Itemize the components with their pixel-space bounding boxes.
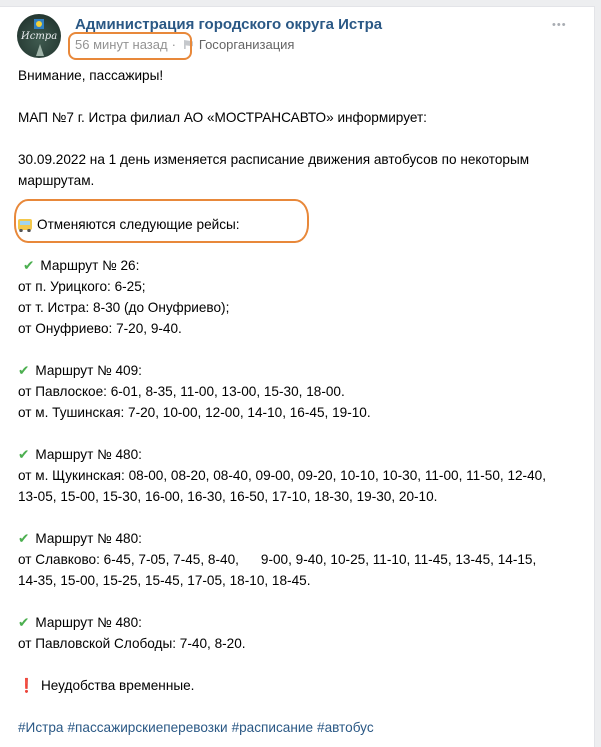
route-line: от п. Урицкого: 6-25; (18, 276, 588, 297)
route-line: от Павловской Слободы: 7-40, 8-20. (18, 633, 588, 654)
hashtag-link[interactable]: #Истра (18, 720, 63, 735)
hashtag-link[interactable]: #пассажирскиеперевозки (67, 720, 227, 735)
check-icon: ✔ (18, 360, 29, 381)
route-title: ✔Маршрут № 409: (18, 360, 588, 381)
route-title: ✔Маршрут № 480: (18, 528, 588, 549)
cancel-highlight-annotation (14, 199, 309, 243)
route-line: от Онуфриево: 7-20, 9-40. (18, 318, 588, 339)
exclamation-icon: ❗ (18, 678, 35, 693)
hashtag-link[interactable]: #расписание (232, 720, 313, 735)
greeting: Внимание, пассажиры! (18, 65, 588, 86)
post-text: Внимание, пассажиры! МАП №7 г. Истра фил… (18, 65, 588, 735)
info-line: МАП №7 г. Истра филиал АО «МОСТРАНСАВТО»… (18, 107, 588, 128)
route-line: от Павлоское: 6-01, 8-35, 11-00, 13-00, … (18, 381, 588, 402)
route-title: ✔Маршрут № 26: (18, 255, 588, 276)
route-line: от т. Истра: 8-30 (до Онуфриево); (18, 297, 588, 318)
check-icon: ✔ (18, 528, 29, 549)
check-icon: ✔ (23, 255, 34, 276)
route-line: 14-35, 15-00, 15-25, 15-45, 17-05, 18-10… (18, 570, 588, 591)
check-icon: ✔ (18, 612, 29, 633)
check-icon: ✔ (18, 444, 29, 465)
hashtags: #Истра#пассажирскиеперевозки#расписание#… (18, 717, 588, 735)
more-options-icon[interactable]: ••• (552, 19, 567, 31)
closing-line: ❗Неудобства временные. (18, 675, 588, 696)
route-line: 13-05, 15-00, 15-30, 16-00, 16-30, 16-50… (18, 486, 588, 507)
monastery-icon (36, 44, 44, 56)
avatar[interactable]: Истра (17, 14, 61, 58)
route-line: от м. Щукинская: 08-00, 08-20, 08-40, 09… (18, 465, 588, 486)
route-title: ✔Маршрут № 480: (18, 612, 588, 633)
coat-of-arms-icon (34, 19, 44, 29)
time-highlight-annotation (68, 32, 192, 60)
post-category: Госорганизация (199, 37, 295, 52)
route-line: от Славково: 6-45, 7-05, 7-45, 8-40,9-00… (18, 549, 588, 570)
notice-line: 30.09.2022 на 1 день изменяется расписан… (18, 149, 588, 191)
route-title: ✔Маршрут № 480: (18, 444, 588, 465)
post-author-link[interactable]: Администрация городского округа Истра (75, 16, 382, 33)
route-line: от м. Тушинская: 7-20, 10-00, 12-00, 14-… (18, 402, 588, 423)
hashtag-link[interactable]: #автобус (317, 720, 374, 735)
avatar-script: Истра (21, 31, 57, 42)
